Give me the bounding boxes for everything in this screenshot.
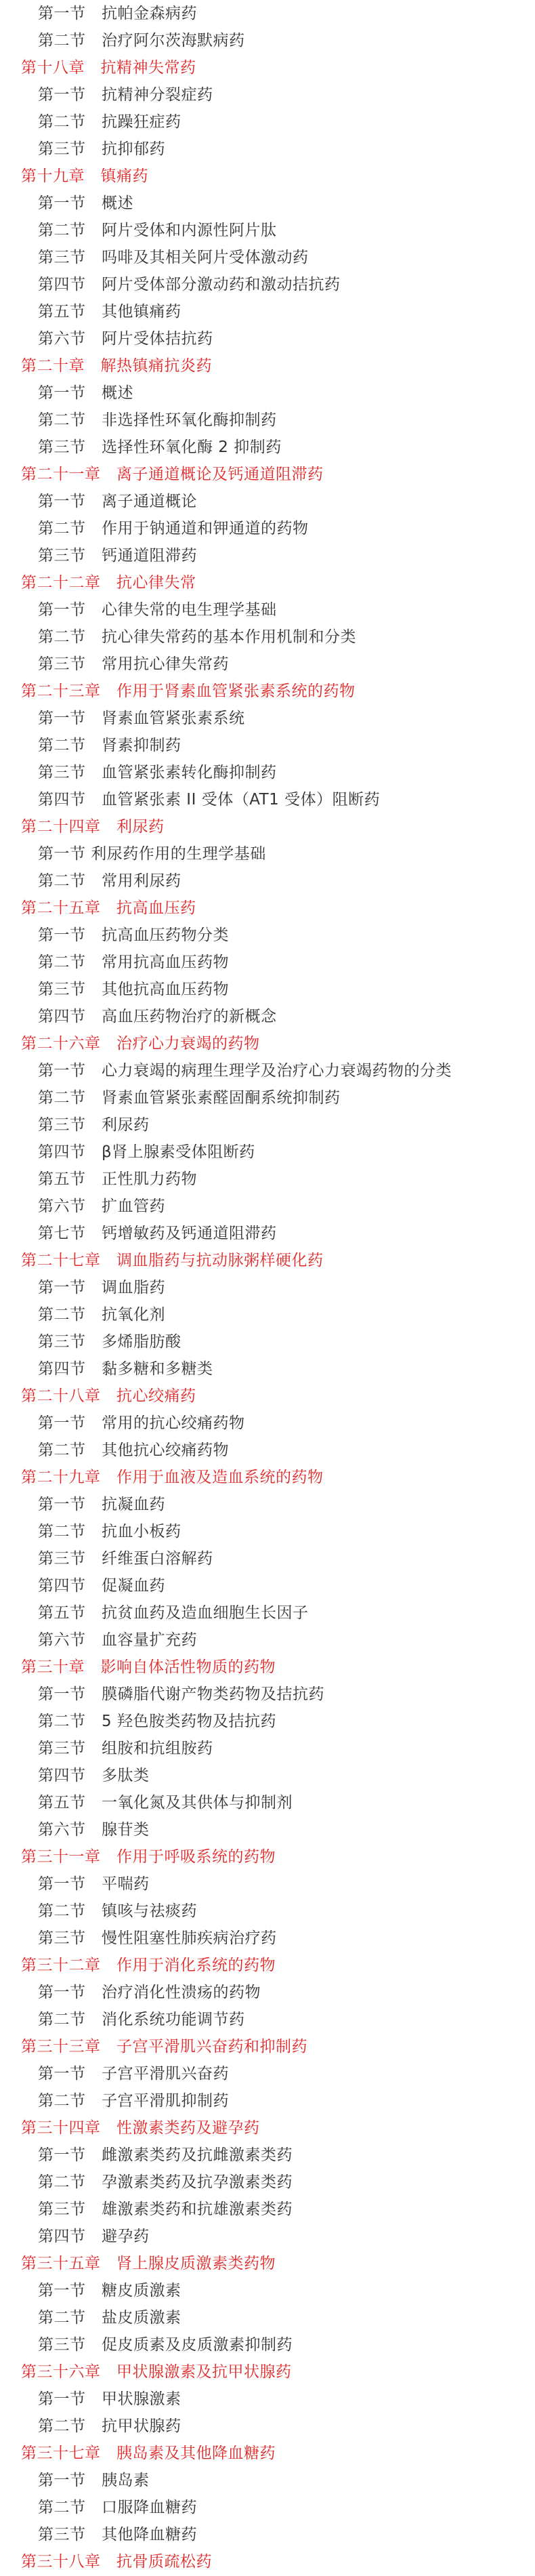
toc-chapter-heading: 第二十二章 抗心律失常 (0, 569, 535, 596)
toc-chapter-heading: 第三十一章 作用于呼吸系统的药物 (0, 1843, 535, 1870)
toc-section-item: 第一节 抗凝血药 (0, 1491, 535, 1518)
toc-section-item: 第六节 腺苷类 (0, 1816, 535, 1843)
toc-section-item: 第二节 子宫平滑肌抑制药 (0, 2087, 535, 2114)
toc-section-item: 第四节 高血压药物治疗的新概念 (0, 1003, 535, 1030)
toc-chapter-heading: 第二十九章 作用于血液及造血系统的药物 (0, 1464, 535, 1491)
toc-section-item: 第一节 概述 (0, 190, 535, 217)
toc-section-item: 第二节 孕激素类药及抗孕激素类药 (0, 2169, 535, 2196)
table-of-contents: 第一节 抗帕金森病药第二节 治疗阿尔茨海默病药第十八章 抗精神失常药第一节 抗精… (0, 0, 535, 2575)
toc-chapter-heading: 第三十七章 胰岛素及其他降血糖药 (0, 2440, 535, 2467)
toc-section-item: 第一节 抗高血压药物分类 (0, 922, 535, 949)
toc-section-item: 第三节 利尿药 (0, 1111, 535, 1139)
toc-chapter-heading: 第二十一章 离子通道概论及钙通道阻滞药 (0, 461, 535, 488)
toc-chapter-heading: 第二十四章 利尿药 (0, 813, 535, 840)
toc-chapter-heading: 第二十六章 治疗心力衰竭的药物 (0, 1030, 535, 1057)
toc-chapter-heading: 第二十五章 抗高血压药 (0, 895, 535, 922)
toc-section-item: 第二节 作用于钠通道和钾通道的药物 (0, 515, 535, 542)
toc-chapter-heading: 第十八章 抗精神失常药 (0, 54, 535, 81)
toc-section-item: 第六节 血容量扩充药 (0, 1627, 535, 1654)
toc-section-item: 第五节 一氧化氮及其供体与抑制剂 (0, 1789, 535, 1816)
toc-section-item: 第二节 肾素抑制药 (0, 732, 535, 759)
toc-section-item: 第二节 消化系统功能调节药 (0, 2006, 535, 2033)
toc-section-item: 第五节 抗贫血药及造血细胞生长因子 (0, 1599, 535, 1627)
toc-section-item: 第三节 钙通道阻滞药 (0, 542, 535, 569)
toc-section-item: 第三节 血管紧张素转化酶抑制药 (0, 759, 535, 786)
toc-chapter-heading: 第二十八章 抗心绞痛药 (0, 1383, 535, 1410)
toc-section-item: 第四节 血管紧张素 II 受体（AT1 受体）阻断药 (0, 786, 535, 813)
toc-section-item: 第二节 镇咳与祛痰药 (0, 1898, 535, 1925)
toc-section-item: 第三节 常用抗心律失常药 (0, 651, 535, 678)
toc-section-item: 第四节 多肽类 (0, 1762, 535, 1789)
toc-chapter-heading: 第三十三章 子宫平滑肌兴奋药和抑制药 (0, 2033, 535, 2060)
toc-section-item: 第二节 5 羟色胺类药物及拮抗药 (0, 1708, 535, 1735)
toc-section-item: 第三节 其他降血糖药 (0, 2521, 535, 2548)
toc-chapter-heading: 第三十六章 甲状腺激素及抗甲状腺药 (0, 2358, 535, 2386)
toc-section-item: 第二节 治疗阿尔茨海默病药 (0, 27, 535, 54)
toc-section-item: 第一节 胰岛素 (0, 2467, 535, 2494)
toc-section-item: 第二节 盐皮质激素 (0, 2304, 535, 2331)
toc-chapter-heading: 第二十章 解热镇痛抗炎药 (0, 352, 535, 380)
toc-section-item: 第三节 慢性阻塞性肺疾病治疗药 (0, 1925, 535, 1952)
toc-chapter-heading: 第三十二章 作用于消化系统的药物 (0, 1952, 535, 1979)
toc-section-item: 第一节 糖皮质激素 (0, 2277, 535, 2304)
toc-section-item: 第一节 常用的抗心绞痛药物 (0, 1410, 535, 1437)
toc-section-item: 第一节 利尿药作用的生理学基础 (0, 840, 535, 867)
toc-section-item: 第二节 其他抗心绞痛药物 (0, 1437, 535, 1464)
toc-section-item: 第二节 抗氧化剂 (0, 1301, 535, 1328)
toc-section-item: 第一节 概述 (0, 380, 535, 407)
toc-section-item: 第二节 口服降血糖药 (0, 2494, 535, 2521)
toc-section-item: 第一节 肾素血管紧张素系统 (0, 705, 535, 732)
toc-chapter-heading: 第十九章 镇痛药 (0, 163, 535, 190)
toc-section-item: 第五节 其他镇痛药 (0, 298, 535, 325)
toc-section-item: 第三节 促皮质素及皮质激素抑制药 (0, 2331, 535, 2358)
toc-section-item: 第二节 抗躁狂症药 (0, 108, 535, 136)
toc-section-item: 第三节 雄激素类药和抗雄激素类药 (0, 2196, 535, 2223)
toc-chapter-heading: 第三十四章 性激素类药及避孕药 (0, 2114, 535, 2142)
toc-chapter-heading: 第二十七章 调血脂药与抗动脉粥样硬化药 (0, 1247, 535, 1274)
toc-section-item: 第六节 阿片受体拮抗药 (0, 325, 535, 352)
toc-section-item: 第二节 常用利尿药 (0, 867, 535, 895)
toc-section-item: 第一节 子宫平滑肌兴奋药 (0, 2060, 535, 2087)
toc-chapter-heading: 第二十三章 作用于肾素血管紧张素系统的药物 (0, 678, 535, 705)
toc-section-item: 第四节 β肾上腺素受体阻断药 (0, 1139, 535, 1166)
toc-section-item: 第二节 抗血小板药 (0, 1518, 535, 1545)
toc-section-item: 第一节 雌激素类药及抗雌激素类药 (0, 2142, 535, 2169)
toc-section-item: 第四节 黏多糖和多糖类 (0, 1355, 535, 1383)
toc-section-item: 第七节 钙增敏药及钙通道阻滞药 (0, 1220, 535, 1247)
toc-section-item: 第一节 心力衰竭的病理生理学及治疗心力衰竭药物的分类 (0, 1057, 535, 1084)
toc-chapter-heading: 第三十五章 肾上腺皮质激素类药物 (0, 2250, 535, 2277)
toc-section-item: 第三节 组胺和抗组胺药 (0, 1735, 535, 1762)
toc-section-item: 第二节 非选择性环氧化酶抑制药 (0, 407, 535, 434)
toc-section-item: 第三节 其他抗高血压药物 (0, 976, 535, 1003)
toc-section-item: 第五节 正性肌力药物 (0, 1166, 535, 1193)
toc-section-item: 第四节 促凝血药 (0, 1572, 535, 1599)
toc-section-item: 第三节 抗抑郁药 (0, 136, 535, 163)
toc-section-item: 第四节 避孕药 (0, 2223, 535, 2250)
toc-section-item: 第三节 纤维蛋白溶解药 (0, 1545, 535, 1572)
toc-section-item: 第一节 平喘药 (0, 1870, 535, 1898)
toc-section-item: 第二节 抗心律失常药的基本作用机制和分类 (0, 623, 535, 651)
toc-section-item: 第六节 扩血管药 (0, 1193, 535, 1220)
toc-section-item: 第二节 肾素血管紧张素醛固酮系统抑制药 (0, 1084, 535, 1111)
toc-section-item: 第一节 治疗消化性溃疡的药物 (0, 1979, 535, 2006)
toc-section-item: 第一节 抗帕金森病药 (0, 0, 535, 27)
toc-section-item: 第三节 多烯脂肪酸 (0, 1328, 535, 1355)
toc-section-item: 第一节 膜磷脂代谢产物类药物及拮抗药 (0, 1681, 535, 1708)
toc-section-item: 第二节 常用抗高血压药物 (0, 949, 535, 976)
toc-section-item: 第二节 阿片受体和内源性阿片肽 (0, 217, 535, 244)
toc-section-item: 第四节 阿片受体部分激动药和激动拮抗药 (0, 271, 535, 298)
toc-chapter-heading: 第三十八章 抗骨质疏松药 (0, 2548, 535, 2575)
toc-section-item: 第一节 调血脂药 (0, 1274, 535, 1301)
toc-section-item: 第一节 心律失常的电生理学基础 (0, 596, 535, 623)
toc-section-item: 第一节 甲状腺激素 (0, 2386, 535, 2413)
toc-section-item: 第三节 吗啡及其相关阿片受体激动药 (0, 244, 535, 271)
toc-chapter-heading: 第三十章 影响自体活性物质的药物 (0, 1654, 535, 1681)
toc-section-item: 第三节 选择性环氧化酶 2 抑制药 (0, 434, 535, 461)
toc-section-item: 第一节 离子通道概论 (0, 488, 535, 515)
toc-section-item: 第一节 抗精神分裂症药 (0, 81, 535, 108)
toc-section-item: 第二节 抗甲状腺药 (0, 2413, 535, 2440)
